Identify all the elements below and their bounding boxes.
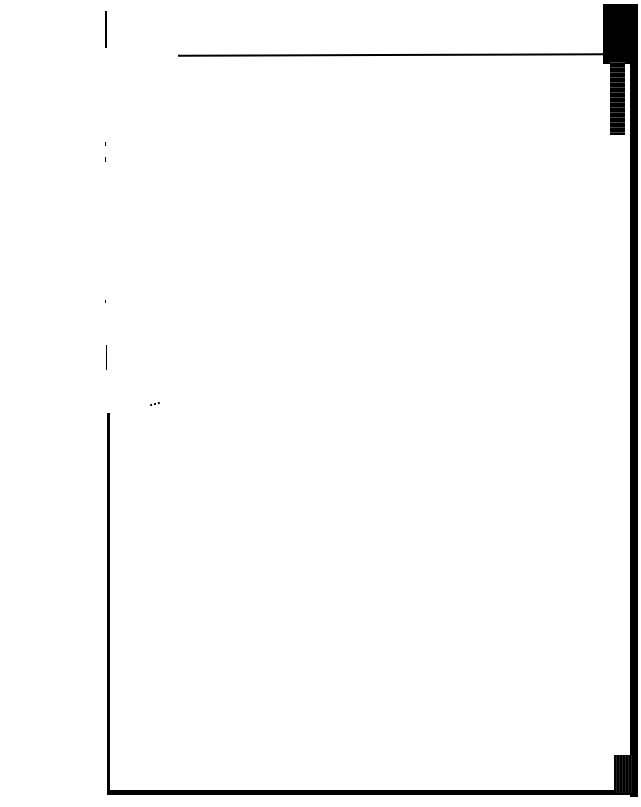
right-edge-shadow [603,4,633,64]
left-margin-speck [105,157,106,162]
right-edge-smear [610,60,625,135]
bottom-right-smear [614,755,632,793]
scan-specks [150,402,160,407]
left-page-edge [107,413,110,795]
left-margin-speck [105,142,106,146]
left-margin-speck [105,300,106,303]
right-page-edge [630,4,638,797]
scanned-blank-page [0,0,641,807]
top-horizontal-rule [178,53,608,57]
left-margin-scan-mark [105,11,107,48]
bottom-page-edge [110,790,638,795]
left-margin-scan-mark [106,345,107,370]
